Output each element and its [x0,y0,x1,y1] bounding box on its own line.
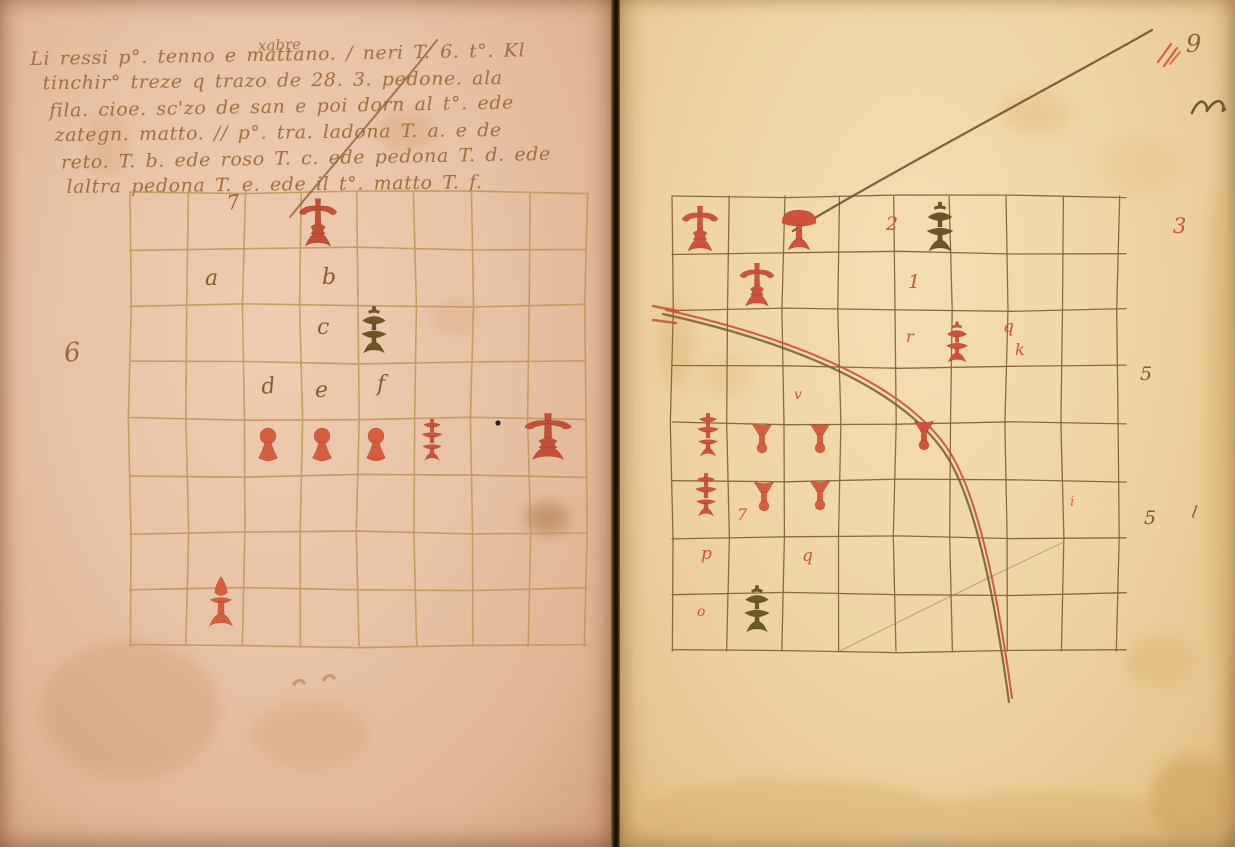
stain [430,300,480,336]
stain [1000,92,1070,134]
stain [1205,180,1235,680]
stain [920,792,1180,840]
stain [658,298,694,390]
left-page: xabre Li ressi p°. tenno e mattano. / ne… [0,0,613,847]
left-margin-number: 6 [62,337,82,369]
stain [640,780,940,840]
stain [1125,636,1195,686]
handwritten-line: laltra pedona T. e. ede il t°. matto T. … [66,168,551,199]
stain [1150,755,1235,840]
left-header-text: Li ressi p°. tenno e mattano. / neri T. … [30,37,551,202]
manuscript-scan: xabre Li ressi p°. tenno e mattano. / ne… [0,0,1235,847]
stain [1100,135,1180,195]
page-number: 9 [1186,30,1201,58]
stain [40,640,220,780]
stain [250,700,370,770]
stain [700,356,752,396]
stain [525,502,569,534]
right-page: Li rossi p°. trano. e mattano li neri T.… [620,0,1235,847]
